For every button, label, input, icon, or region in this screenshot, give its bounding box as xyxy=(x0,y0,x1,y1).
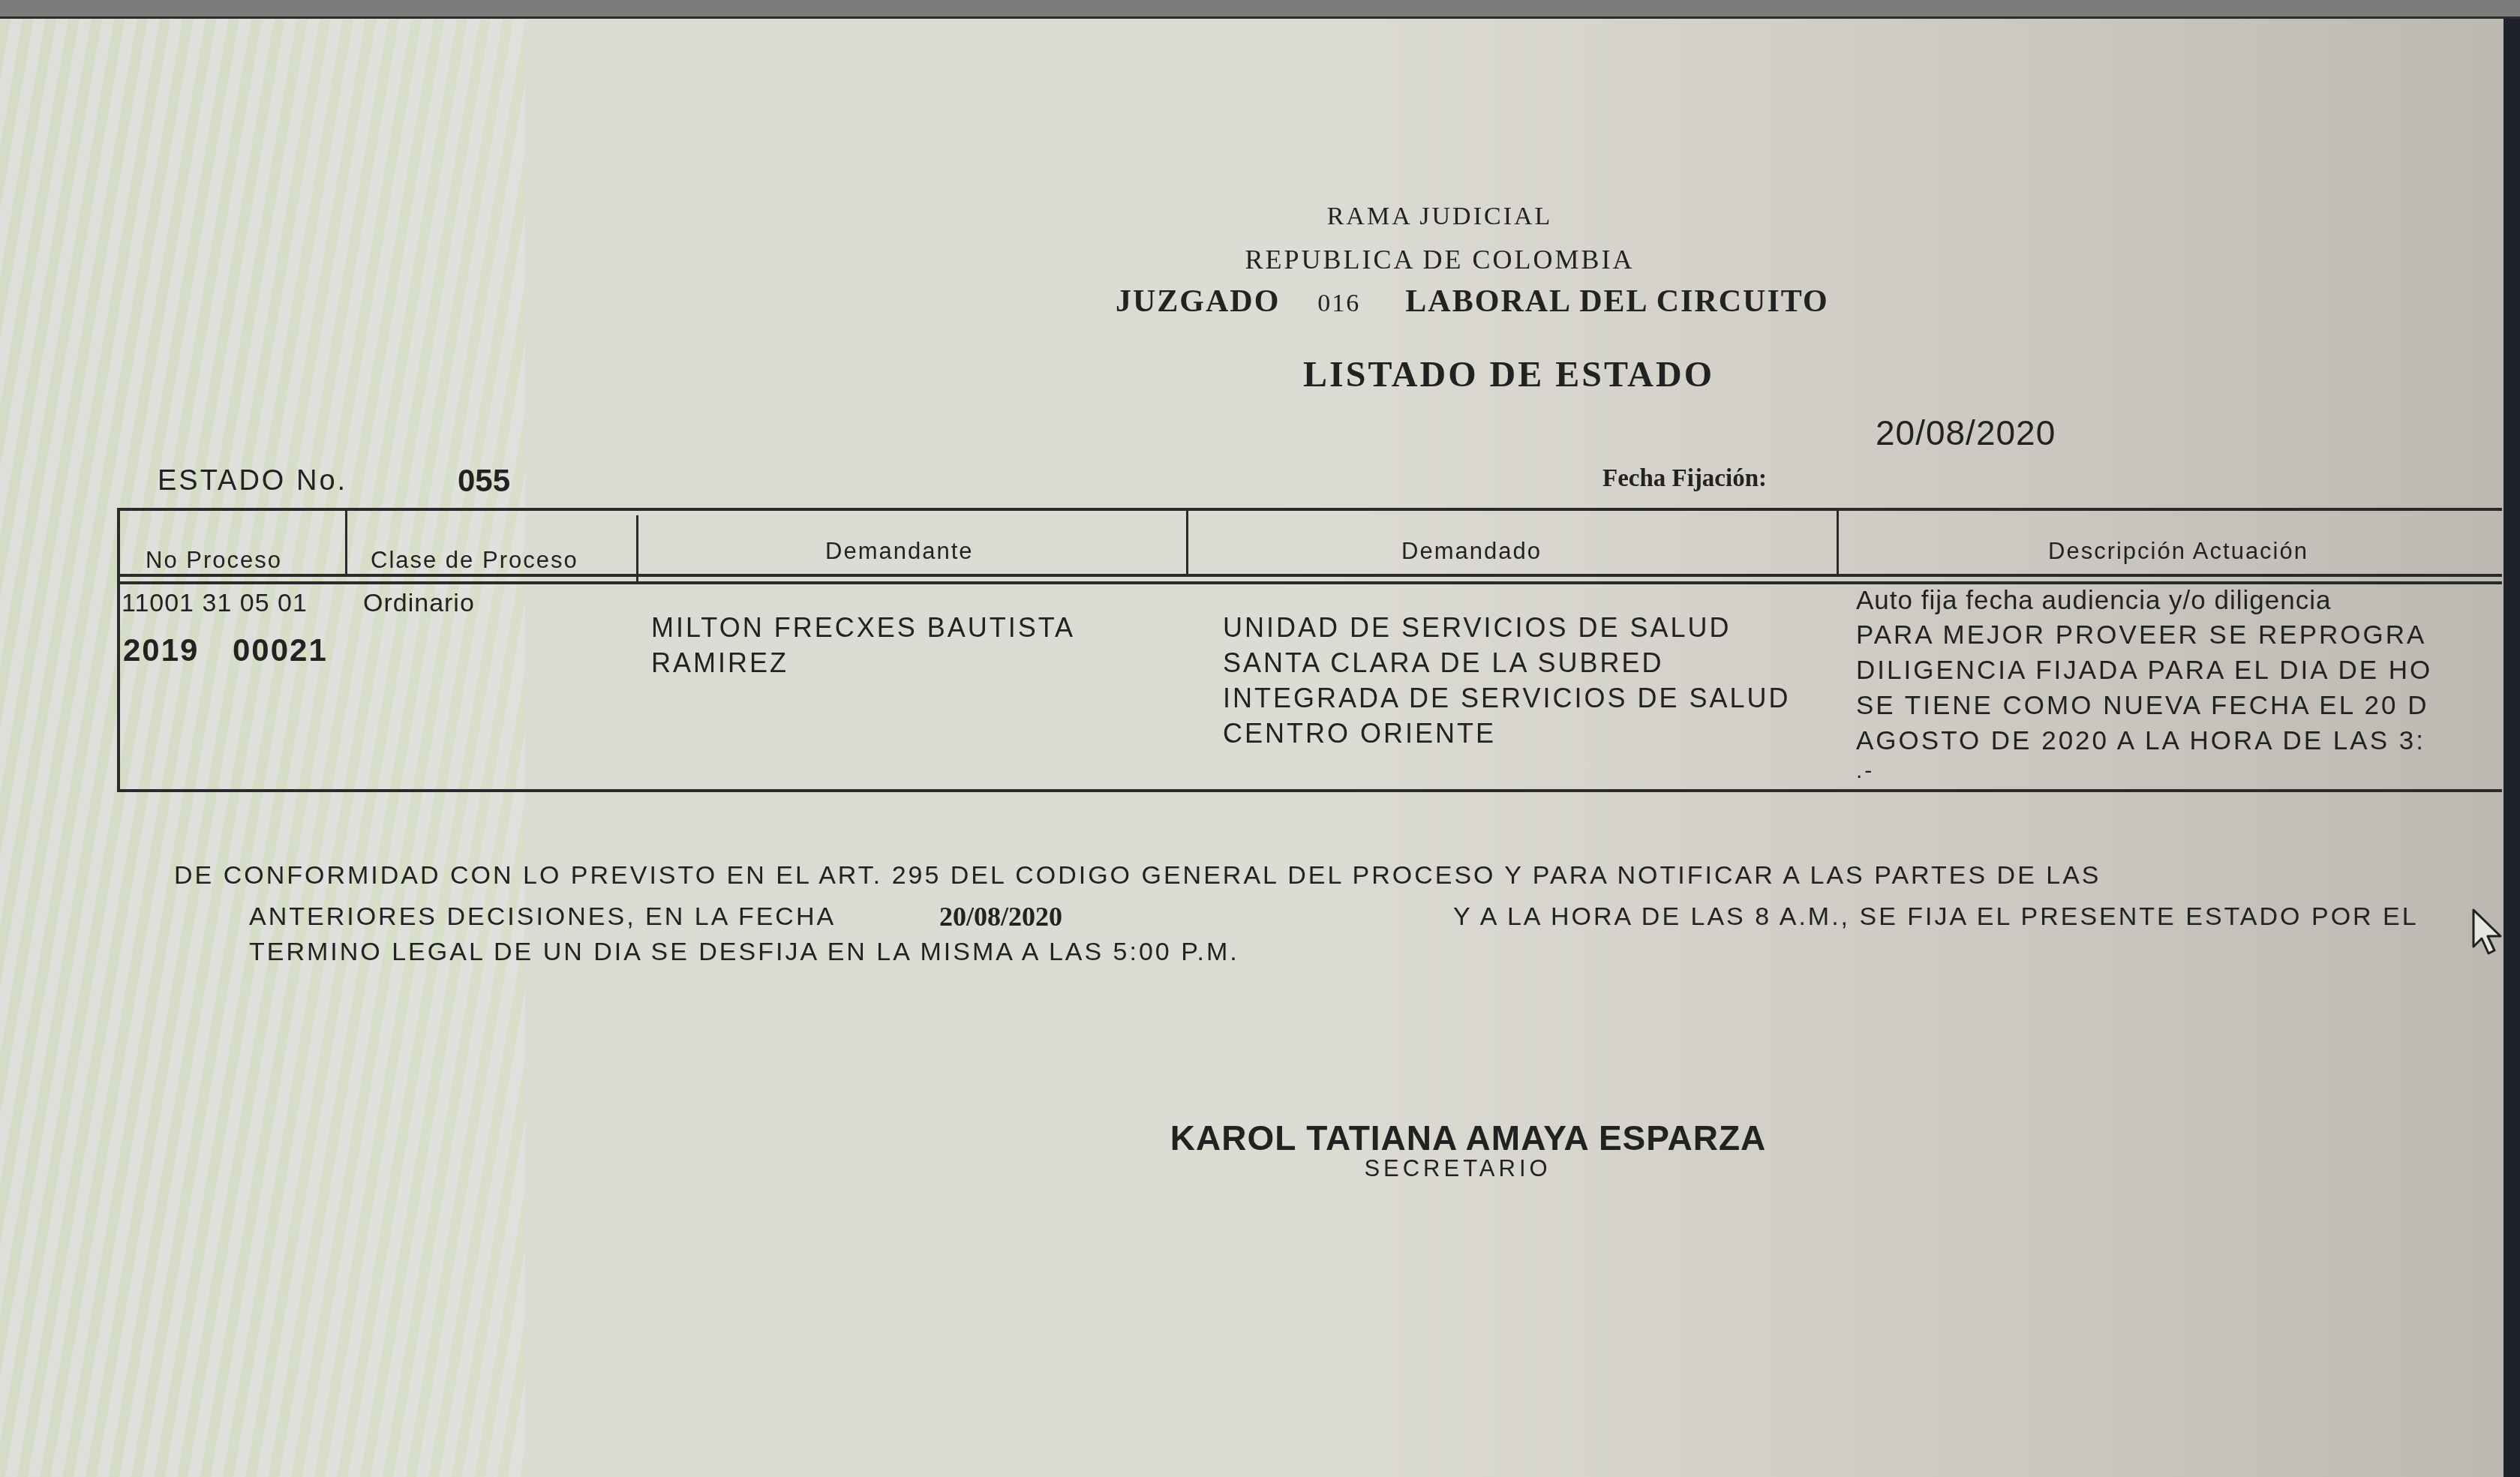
notice-line-2b: Y A LA HORA DE LAS 8 A.M., SE FIJA EL PR… xyxy=(1453,902,2419,932)
descripcion-title: Auto fija fecha audiencia y/o diligencia xyxy=(1856,583,2331,618)
court-number: 016 xyxy=(1317,290,1360,317)
signature-role: SECRETARIO xyxy=(1364,1155,1551,1182)
header-rama-judicial: RAMA JUDICIAL xyxy=(1327,203,1553,231)
estado-number: 055 xyxy=(458,463,510,499)
column-header-clase: Clase de Proceso xyxy=(371,547,578,574)
descripcion-line: SE TIENE COMO NUEVA FECHA EL 20 D xyxy=(1856,688,2429,723)
column-divider xyxy=(1837,511,1839,577)
estado-table: No Proceso Clase de Proceso Demandante D… xyxy=(117,508,2502,792)
mouse-pointer-arrow-icon xyxy=(2470,908,2503,957)
descripcion-line: AGOSTO DE 2020 A LA HORA DE LAS 3: xyxy=(1856,723,2425,758)
column-divider xyxy=(1186,511,1188,577)
demandado-line: INTEGRADA DE SERVICIOS DE SALUD xyxy=(1223,680,1791,716)
demandante-line: RAMIREZ xyxy=(651,645,788,680)
court-prefix: JUZGADO xyxy=(1116,284,1280,319)
header-republica: REPUBLICA DE COLOMBIA xyxy=(1245,244,1634,275)
fecha-fijacion-label: Fecha Fijación: xyxy=(1602,465,1767,493)
notice-line-2a: ANTERIORES DECISIONES, EN LA FECHA xyxy=(249,902,836,932)
descripcion-line: PARA MEJOR PROVEER SE REPROGRA xyxy=(1856,617,2426,653)
table-header-divider xyxy=(120,574,2502,577)
court-suffix: LABORAL DEL CIRCUITO xyxy=(1405,284,1828,319)
column-divider xyxy=(345,511,347,577)
demandante-line: MILTON FRECXES BAUTISTA xyxy=(651,610,1075,645)
signature-name: KAROL TATIANA AMAYA ESPARZA xyxy=(1170,1118,1767,1158)
no-proceso-number: 00021 xyxy=(233,632,328,668)
column-header-no-proceso: No Proceso xyxy=(146,547,282,574)
descripcion-line: .- xyxy=(1856,753,1874,788)
page-title: LISTADO DE ESTADO xyxy=(1303,354,1714,395)
clase-proceso: Ordinario xyxy=(363,586,475,621)
demandado-line: CENTRO ORIENTE xyxy=(1223,716,1496,751)
no-proceso-year: 2019 xyxy=(123,632,199,668)
header-court: JUZGADO016LABORAL DEL CIRCUITO xyxy=(1116,284,1829,320)
column-header-demandante: Demandante xyxy=(825,538,974,565)
fecha-fijacion-date: 20/08/2020 xyxy=(1876,413,2056,453)
estado-label: ESTADO No. xyxy=(158,465,347,497)
notice-line-1: DE CONFORMIDAD CON LO PREVISTO EN EL ART… xyxy=(174,861,2101,890)
notice-line-3: TERMINO LEGAL DE UN DIA SE DESFIJA EN LA… xyxy=(249,938,1239,967)
column-divider xyxy=(636,515,638,584)
demandado-line: SANTA CLARA DE LA SUBRED xyxy=(1223,645,1664,680)
no-proceso-line1: 11001 31 05 01 xyxy=(122,586,308,621)
descripcion-line: DILIGENCIA FIJADA PARA EL DIA DE HO xyxy=(1856,653,2432,688)
notice-date: 20/08/2020 xyxy=(939,901,1062,932)
document-content: RAMA JUDICIAL REPUBLICA DE COLOMBIA JUZG… xyxy=(0,0,2520,1477)
column-header-descripcion: Descripción Actuación xyxy=(2048,538,2308,565)
column-header-demandado: Demandado xyxy=(1401,538,1542,565)
demandado-line: UNIDAD DE SERVICIOS DE SALUD xyxy=(1223,610,1731,645)
